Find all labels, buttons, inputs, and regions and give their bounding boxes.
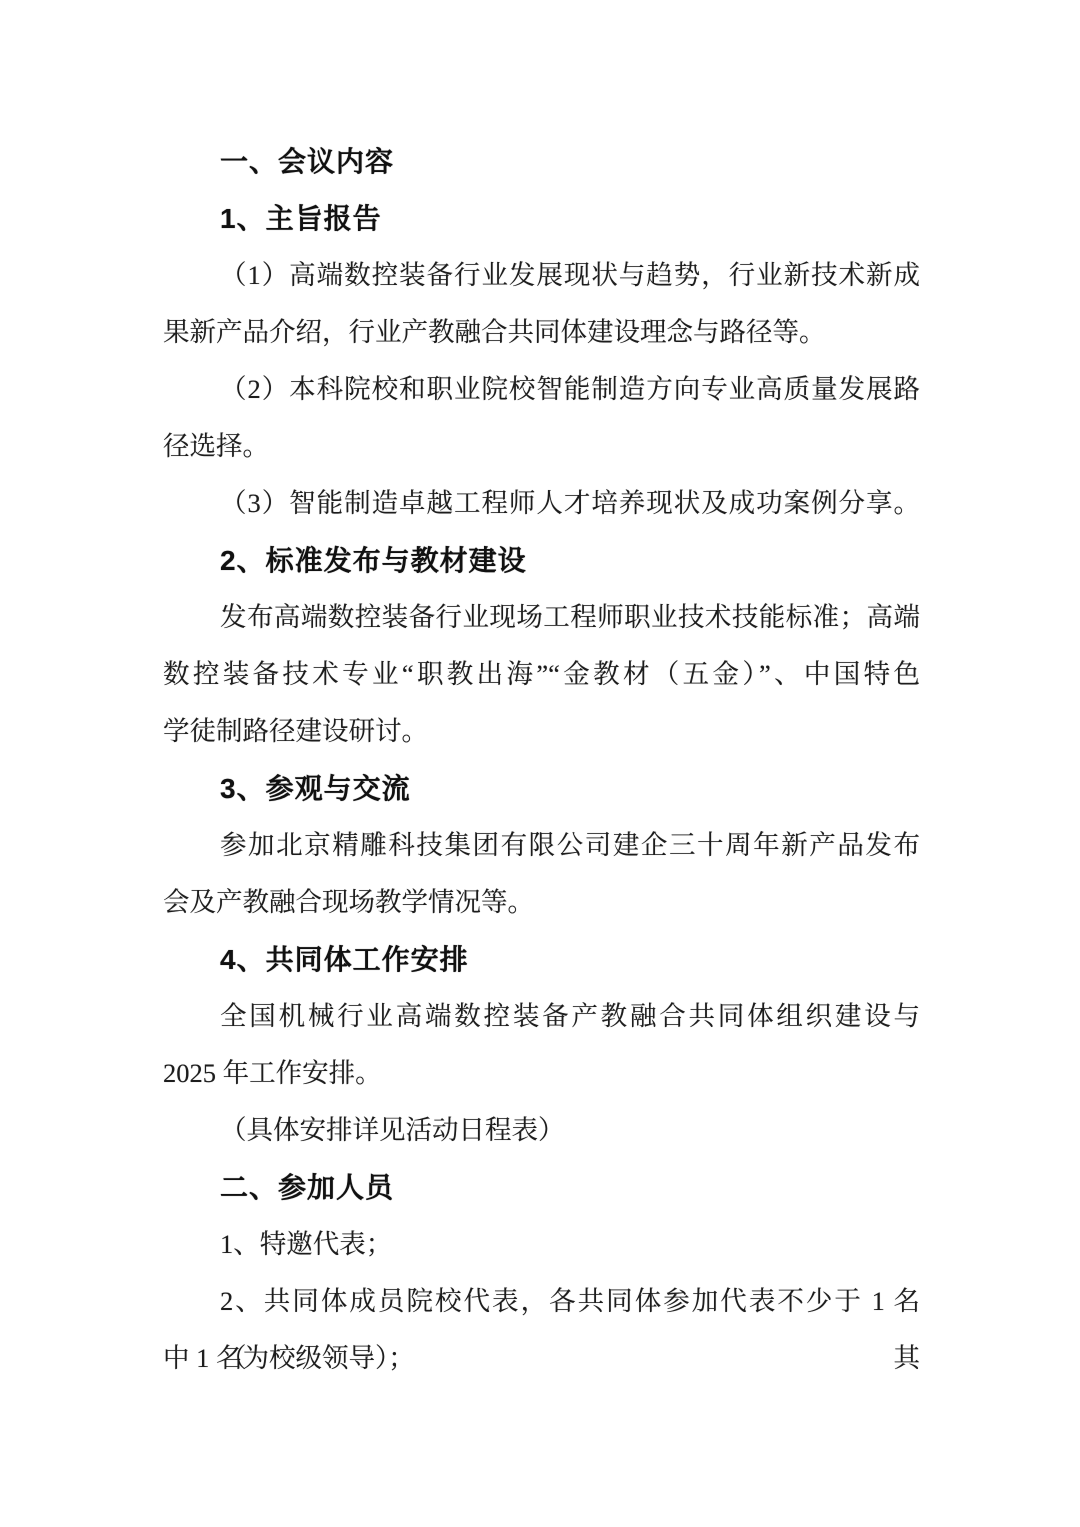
body-line: 2025 年工作安排。 — [163, 1045, 920, 1102]
body-line: 径选择。 — [163, 418, 920, 475]
body-line: （3）智能制造卓越工程师人才培养现状及成功案例分享。 — [163, 475, 920, 532]
section-heading: 二、参加人员 — [163, 1159, 920, 1216]
body-line: （1）高端数控装备行业发展现状与趋势，行业新技术新成 — [163, 247, 920, 304]
section-heading: 一、会议内容 — [163, 133, 920, 190]
body-line: 全国机械行业高端数控装备产教融合共同体组织建设与 — [163, 988, 920, 1045]
body-line: 参加北京精雕科技集团有限公司建企三十周年新产品发布 — [163, 817, 920, 874]
subsection-heading: 2、标准发布与教材建设 — [163, 532, 920, 589]
subsection-heading: 4、共同体工作安排 — [163, 931, 920, 988]
subsection-heading: 3、参观与交流 — [163, 760, 920, 817]
body-line: 会及产教融合现场教学情况等。 — [163, 874, 920, 931]
body-line: 2、共同体成员院校代表，各共同体参加代表不少于 1 名（其 — [163, 1273, 920, 1330]
body-line: 1、特邀代表； — [163, 1216, 920, 1273]
subsection-heading: 1、主旨报告 — [163, 190, 920, 247]
body-line: 数控装备技术专业“职教出海”“金教材（五金）”、中国特色 — [163, 646, 920, 703]
document-page: 一、会议内容1、主旨报告（1）高端数控装备行业发展现状与趋势，行业新技术新成果新… — [0, 0, 1080, 1527]
body-line: （2）本科院校和职业院校智能制造方向专业高质量发展路 — [163, 361, 920, 418]
document-body: 一、会议内容1、主旨报告（1）高端数控装备行业发展现状与趋势，行业新技术新成果新… — [163, 133, 920, 1387]
body-line: 学徒制路径建设研讨。 — [163, 703, 920, 760]
body-line: 发布高端数控装备行业现场工程师职业技术技能标准；高端 — [163, 589, 920, 646]
body-line: 果新产品介绍，行业产教融合共同体建设理念与路径等。 — [163, 304, 920, 361]
body-line: （具体安排详见活动日程表） — [163, 1102, 920, 1159]
